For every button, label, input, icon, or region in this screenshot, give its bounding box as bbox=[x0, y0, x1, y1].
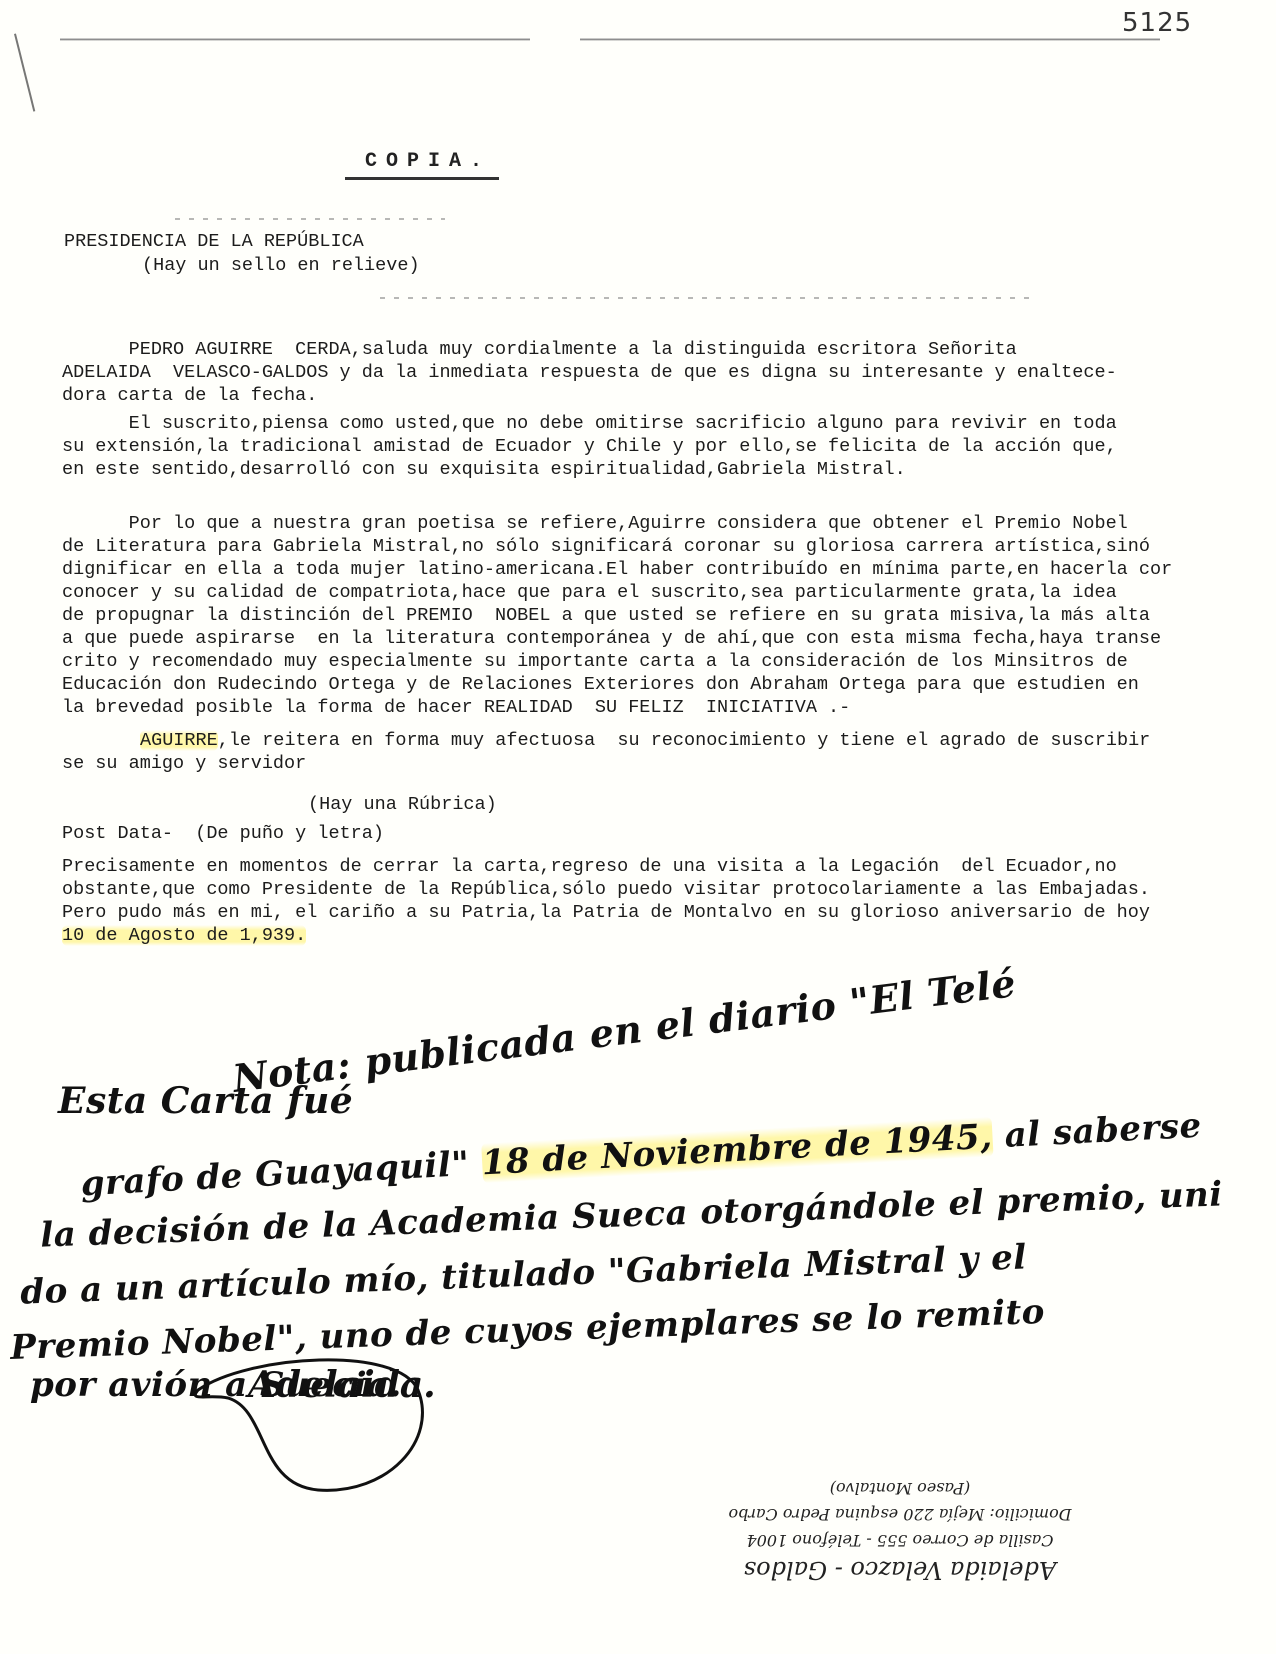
signature: Adelaida. bbox=[168, 1350, 568, 1510]
page-number: 5125 bbox=[1122, 8, 1192, 38]
letter-line: dignificar en ella a toda mujer latino-a… bbox=[62, 558, 1172, 582]
signature-text: Adelaida. bbox=[248, 1364, 436, 1406]
postdata-label: Post Data- (De puño y letra) bbox=[62, 822, 384, 846]
faint-line bbox=[380, 297, 1030, 299]
letter-line: de propugnar la distinción del PREMIO NO… bbox=[62, 604, 1150, 628]
letterhead-line: Casilla de Correo 555 - Teléfono 1004 bbox=[640, 1527, 1160, 1553]
letter-line: crito y recomendado muy especialmente su… bbox=[62, 650, 1128, 674]
letter-line: de Literatura para Gabriela Mistral,no s… bbox=[62, 535, 1150, 559]
sender-header: PRESIDENCIA DE LA REPÚBLICA bbox=[64, 230, 364, 254]
closing-line: AGUIRRE,le reitera en forma muy afectuos… bbox=[140, 729, 1150, 753]
letter-line: su extensión,la tradicional amistad de E… bbox=[62, 435, 1117, 459]
letter-line: la brevedad posible la forma de hacer RE… bbox=[62, 696, 850, 720]
postdata-line: obstante,que como Presidente de la Repúb… bbox=[62, 878, 1150, 902]
letter-line: Por lo que a nuestra gran poetisa se ref… bbox=[62, 512, 1128, 536]
postdata-line: Pero pudo más en mi, el cariño a su Patr… bbox=[62, 901, 1150, 925]
letter-line: en este sentido,desarrolló con su exquis… bbox=[62, 458, 906, 482]
letterhead-line: Domicilio: Mejía 220 esquina Pedro Carbo bbox=[640, 1501, 1160, 1527]
scan-rule-right bbox=[580, 38, 1160, 41]
scan-rule-left bbox=[60, 38, 530, 41]
letter-line: PEDRO AGUIRRE CERDA,saluda muy cordialme… bbox=[62, 338, 1017, 362]
rubric-note: (Hay una Rúbrica) bbox=[308, 793, 497, 817]
seal-note: (Hay un sello en relieve) bbox=[142, 254, 420, 278]
letter-line: dora carta de la fecha. bbox=[62, 384, 317, 408]
document-heading: COPIA. bbox=[345, 150, 499, 180]
date-line: 10 de Agosto de 1,939. bbox=[62, 924, 306, 948]
faint-line bbox=[175, 218, 445, 220]
handwritten-line: Esta Carta fué bbox=[58, 1080, 353, 1122]
highlighted-name: AGUIRRE bbox=[140, 730, 218, 751]
inverted-letterhead: Adelaida Velazco - Galdos Casilla de Cor… bbox=[640, 1475, 1160, 1587]
closing-text: ,le reitera en forma muy afectuosa su re… bbox=[218, 730, 1151, 751]
letter-line: a que puede aspirarse en la literatura c… bbox=[62, 627, 1161, 651]
postdata-line: Precisamente en momentos de cerrar la ca… bbox=[62, 855, 1117, 879]
letterhead-line: (Paseo Montalvo) bbox=[640, 1475, 1160, 1501]
letter-line: ADELAIDA VELASCO-GALDOS y da la inmediat… bbox=[62, 361, 1117, 385]
letter-line: conocer y su calidad de compatriota,hace… bbox=[62, 581, 1117, 605]
corner-mark bbox=[14, 34, 35, 112]
letterhead-name: Adelaida Velazco - Galdos bbox=[640, 1553, 1160, 1587]
highlighted-handwritten-date: 18 de Noviembre de 1945, bbox=[481, 1117, 994, 1184]
highlighted-date: 10 de Agosto de 1,939. bbox=[62, 925, 306, 946]
letter-line: El suscrito,piensa como usted,que no deb… bbox=[62, 412, 1117, 436]
closing-line-2: se su amigo y servidor bbox=[62, 752, 306, 776]
letter-line: Educación don Rudecindo Ortega y de Rela… bbox=[62, 673, 1139, 697]
document-page: 5125 COPIA. PRESIDENCIA DE LA REPÚBLICA … bbox=[0, 0, 1276, 1654]
